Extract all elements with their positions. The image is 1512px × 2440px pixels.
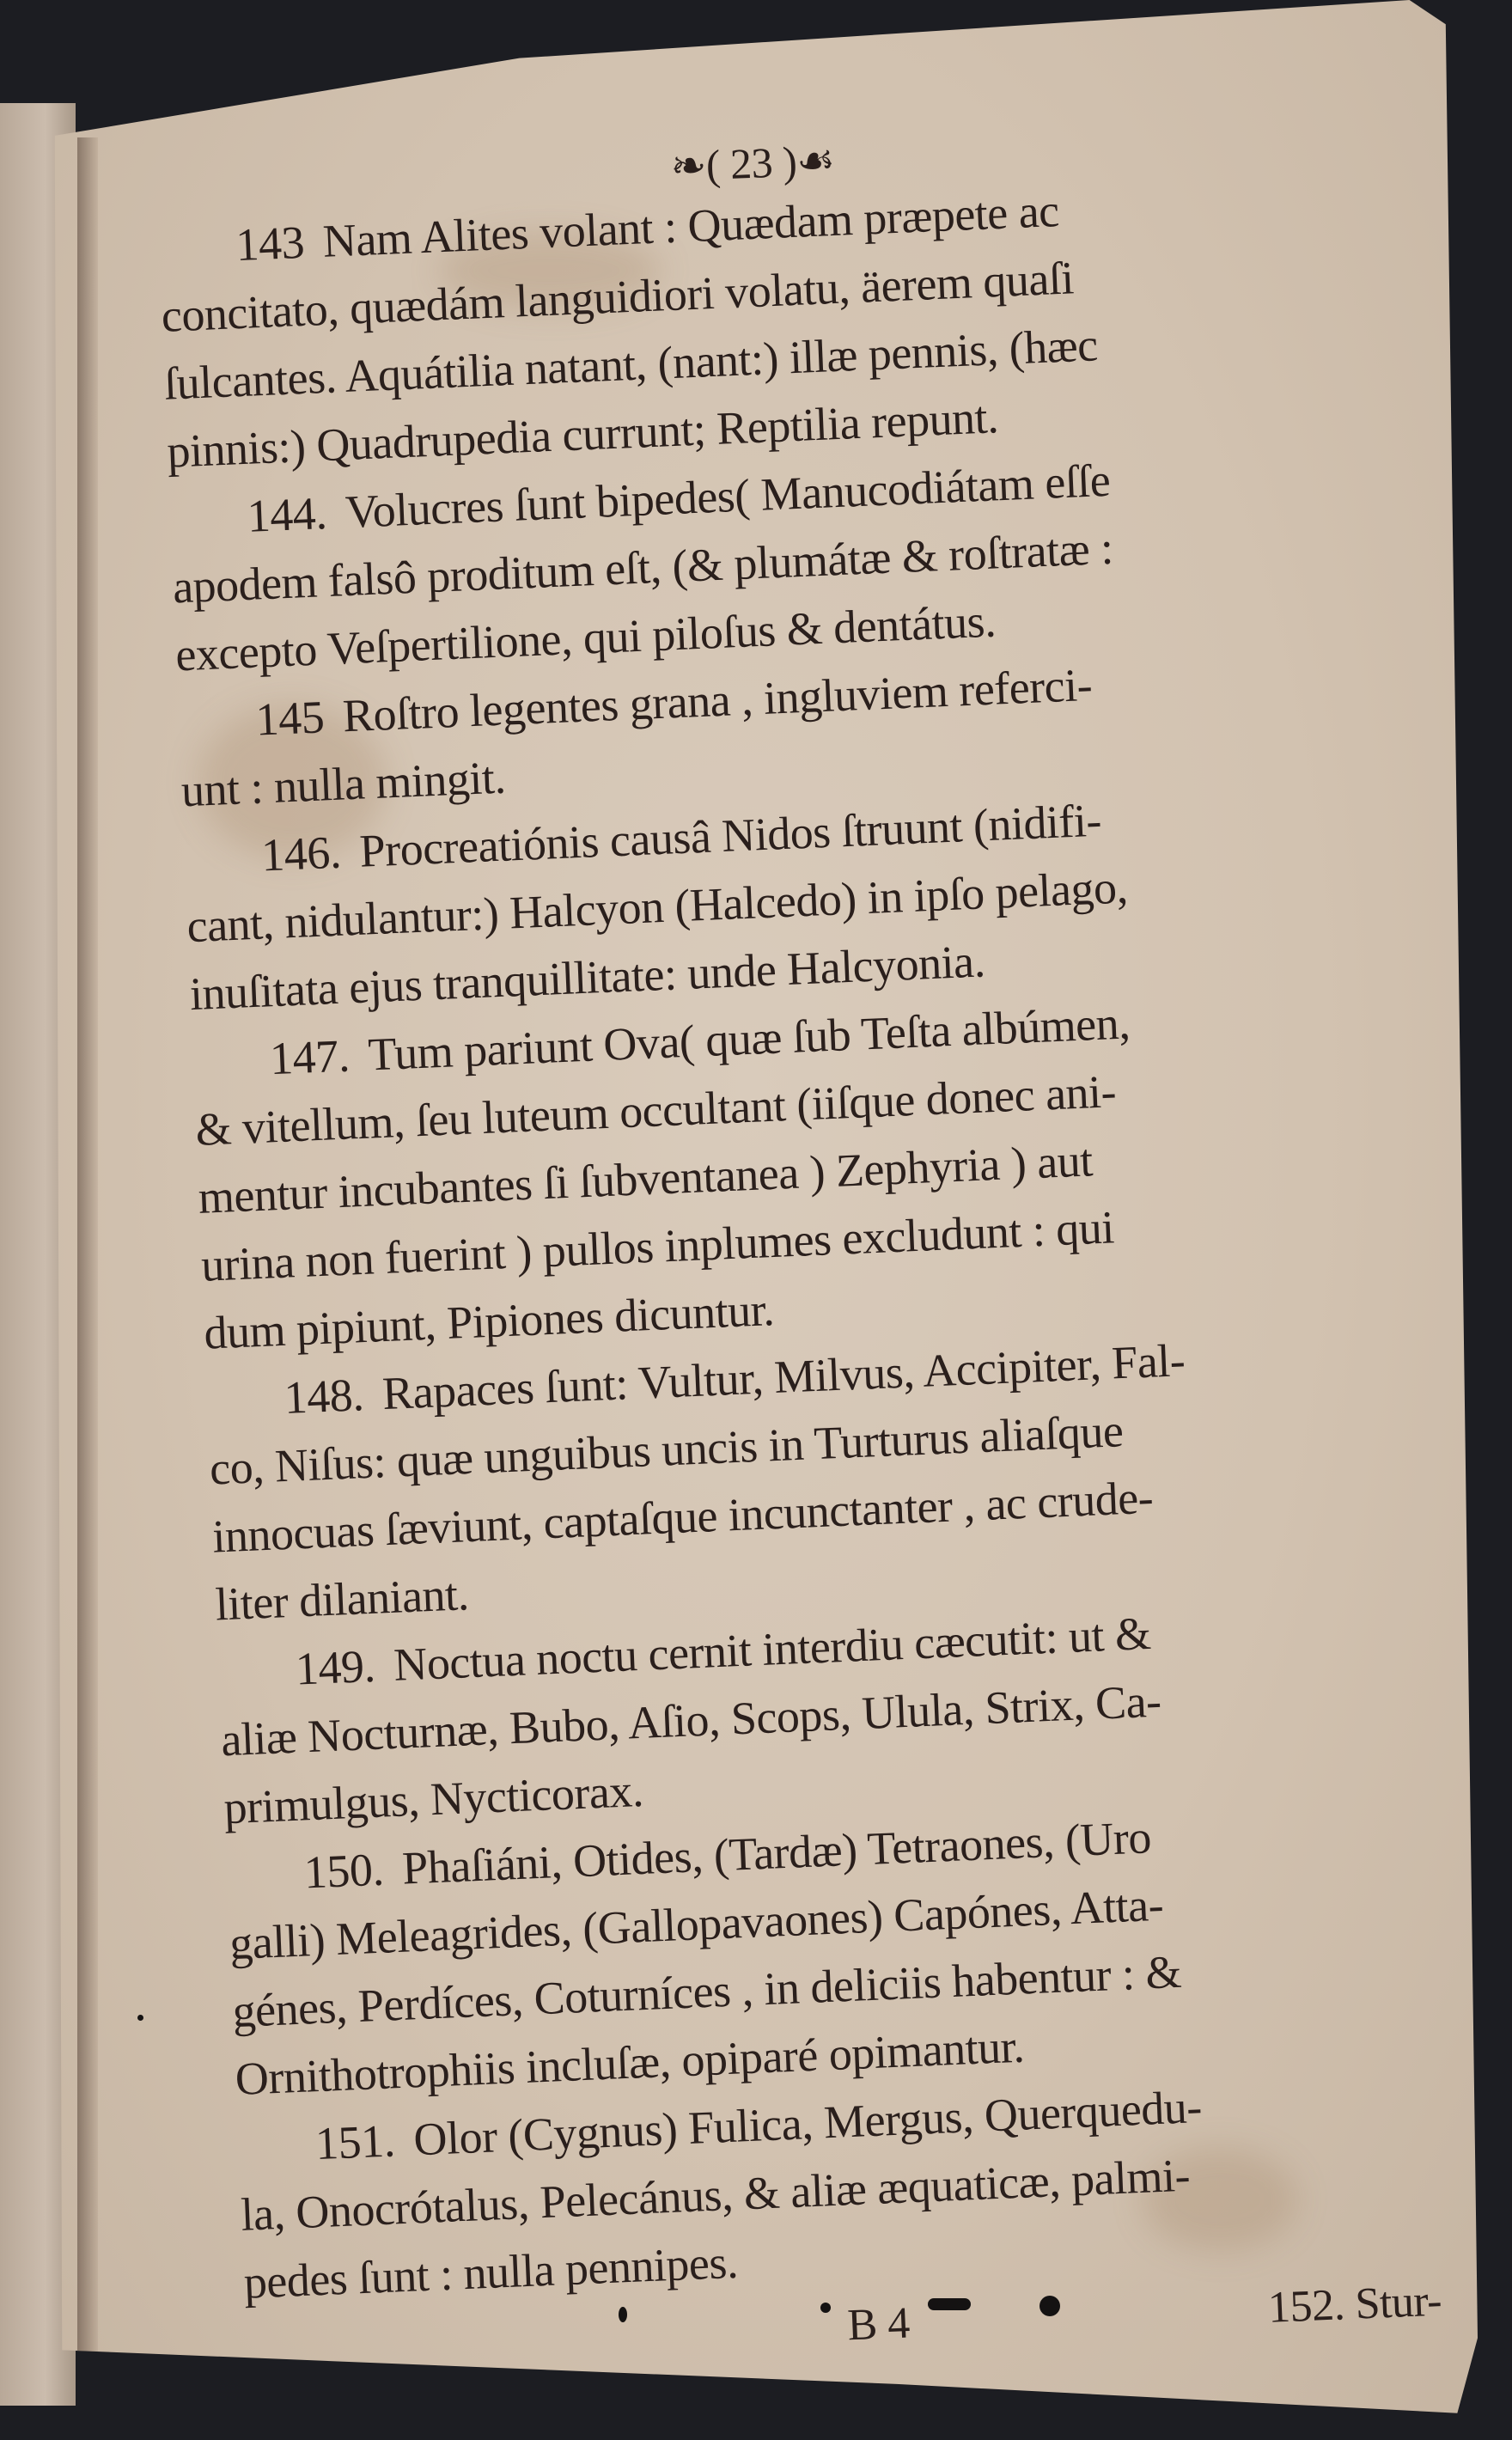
signature-mark: B 4 bbox=[846, 2289, 911, 2359]
paragraph-number: 148. bbox=[283, 1369, 364, 1424]
paragraph-number: 149. bbox=[295, 1640, 376, 1695]
paragraph-number: 151. bbox=[314, 2114, 396, 2169]
page-gutter bbox=[77, 137, 98, 2388]
ink-speck bbox=[928, 2298, 971, 2310]
paragraph-number: 144. bbox=[246, 487, 327, 542]
paragraph-number: 146. bbox=[260, 827, 342, 881]
ink-speck bbox=[820, 2303, 831, 2313]
paragraph-number: 145 bbox=[254, 691, 325, 745]
ink-speck bbox=[1039, 2296, 1060, 2316]
paragraph-number: 143 bbox=[235, 217, 305, 271]
paragraph-number: 147. bbox=[269, 1029, 351, 1084]
ink-speck bbox=[619, 2307, 627, 2322]
book-page: ❧( 23 )☙ 143Nam Alites volant : Quædam p… bbox=[26, 0, 1478, 2423]
ink-speck bbox=[137, 2015, 143, 2021]
page-text: ❧( 23 )☙ 143Nam Alites volant : Quædam p… bbox=[155, 102, 1490, 2317]
catchword: 152. Stur- bbox=[1266, 2267, 1442, 2342]
paragraph-number: 150. bbox=[303, 1844, 385, 1899]
